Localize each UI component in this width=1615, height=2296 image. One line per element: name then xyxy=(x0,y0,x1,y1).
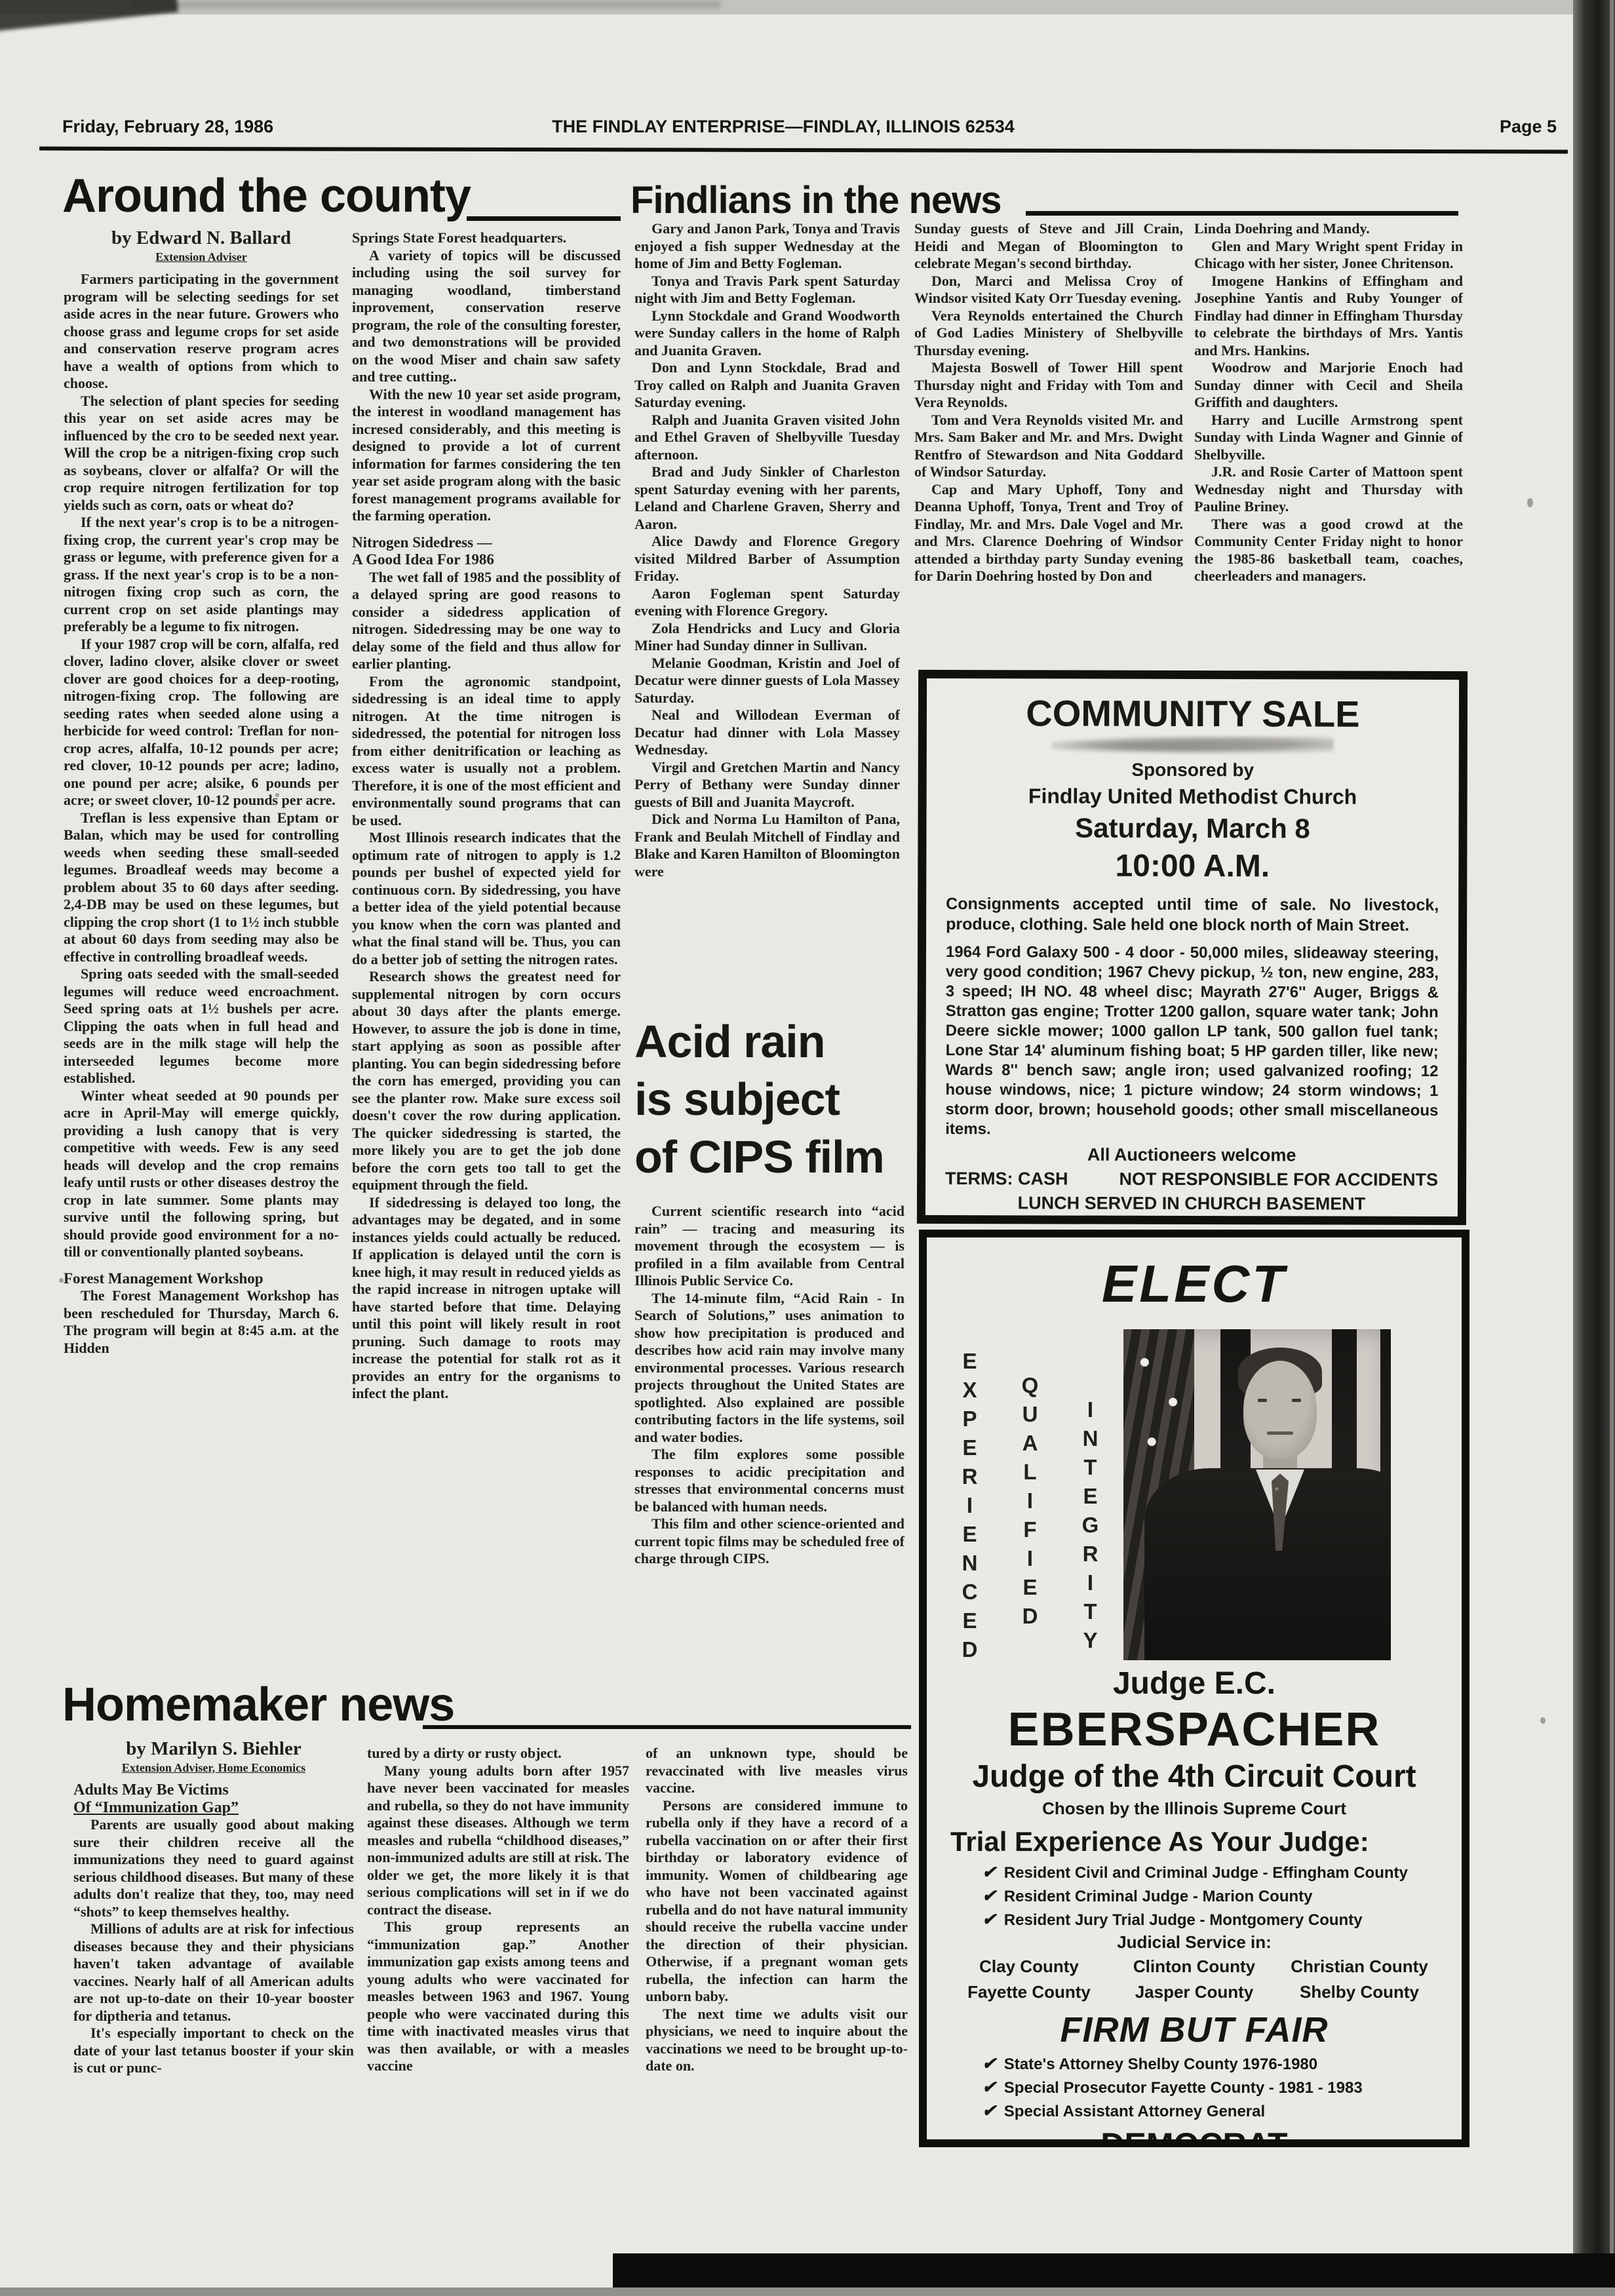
findlians-headline: Findlians in the news xyxy=(631,178,1002,222)
acid-rain-headline: Acid rain is subject of CIPS film xyxy=(634,1013,905,1186)
scan-right-edge xyxy=(1573,0,1615,2296)
article-paragraph: Aaron Fogleman spent Saturday evening wi… xyxy=(634,585,900,620)
campaign-slogan: FIRM BUT FAIR xyxy=(927,2012,1462,2049)
scan-corner-mark xyxy=(0,0,178,33)
article-paragraph: Current scientific research into “acid r… xyxy=(634,1203,905,1290)
article-paragraph: There was a good crowd at the Community … xyxy=(1194,516,1463,585)
trial-experience-list: ✔Resident Civil and Criminal Judge - Eff… xyxy=(982,1863,1462,1930)
acid-headline-line-1: Acid rain xyxy=(634,1013,905,1070)
check-icon: ✔ xyxy=(982,2101,996,2120)
article-paragraph: Treflan is less expensive than Eptam or … xyxy=(64,809,339,966)
ad-header: ELECT EXPERIENCED QUALIFIED INTEGRITY xyxy=(927,1254,1462,1664)
article-paragraph: If sidedressing is delayed too long, the… xyxy=(352,1194,621,1403)
article-paragraph: of an unknown type, should be revaccinat… xyxy=(646,1745,908,1797)
around-column-1: by Edward N. Ballard Extension Adviser F… xyxy=(64,229,339,1652)
homemaker-column-3: of an unknown type, should be revaccinat… xyxy=(646,1745,908,2269)
homemaker-column-1: by Marilyn S. Biehler Extension Adviser,… xyxy=(73,1740,354,2271)
ink-smudge xyxy=(1052,735,1334,756)
county-grid: Clay County Clinton County Christian Cou… xyxy=(946,1956,1442,2002)
check-item: ✔Special Assistant Attorney General xyxy=(982,2101,1462,2121)
county-cell: Clay County xyxy=(946,1956,1112,1977)
article-paragraph: Harry and Lucille Armstrong spent Sunday… xyxy=(1194,412,1463,464)
article-paragraph: Alice Dawdy and Florence Gregory visited… xyxy=(634,533,900,585)
article-paragraph: From the agronomic standpoint, sidedress… xyxy=(352,673,621,830)
around-column-2-text: Springs State Forest headquarters.A vari… xyxy=(352,229,621,1403)
article-paragraph: It's especially important to check on th… xyxy=(73,2025,354,2077)
chosen-note: Chosen by the Illinois Supreme Court xyxy=(927,1800,1462,1818)
judge-name-prefix: Judge E.C. xyxy=(927,1667,1462,1700)
article-paragraph: This group represents an “immunization g… xyxy=(367,1918,629,2075)
homemaker-column-1-text: Parents are usually good about making su… xyxy=(73,1816,354,2077)
findlians-headline-rule xyxy=(1026,211,1458,216)
party-label: DEMOCRAT xyxy=(927,2128,1462,2147)
acid-headline-line-3: of CIPS film xyxy=(634,1128,905,1186)
experienced-vertical-label: EXPERIENCED xyxy=(957,1349,982,1666)
sale-disclaimer: NOT RESPONSIBLE FOR ACCIDENTS xyxy=(1119,1169,1439,1190)
check-icon: ✔ xyxy=(982,1862,996,1882)
record-list: ✔State's Attorney Shelby County 1976-198… xyxy=(982,2054,1462,2121)
county-cell: Shelby County xyxy=(1277,1982,1442,2002)
around-byline: by Edward N. Ballard xyxy=(64,229,339,247)
article-paragraph: With the new 10 year set aside program, … xyxy=(352,386,621,525)
article-paragraph: Dick and Norma Lu Hamilton of Pana, Fran… xyxy=(634,811,900,880)
homemaker-headline: Homemaker news xyxy=(62,1678,454,1732)
article-paragraph: Glen and Mary Wright spent Friday in Chi… xyxy=(1194,238,1463,273)
article-paragraph: Neal and Willodean Everman of Decatur ha… xyxy=(634,707,900,759)
qualified-vertical-label: QUALIFIED xyxy=(1017,1373,1042,1633)
sale-items-text: 1964 Ford Galaxy 500 - 4 door - 50,000 m… xyxy=(945,943,1439,1140)
article-paragraph: If the next year's crop is to be a nitro… xyxy=(64,514,339,636)
check-icon: ✔ xyxy=(982,1909,996,1929)
county-cell: Fayette County xyxy=(946,1982,1112,2002)
article-paragraph: Research shows the greatest need for sup… xyxy=(352,968,621,1194)
article-paragraph: Woodrow and Marjorie Enoch had Sunday di… xyxy=(1194,359,1463,412)
homemaker-headline-rule xyxy=(423,1725,911,1729)
around-column-1-text: Farmers participating in the government … xyxy=(64,271,339,1357)
homemaker-column-2-text: tured by a dirty or rusty object.Many yo… xyxy=(367,1745,629,2075)
sale-date: Saturday, March 8 xyxy=(946,812,1439,845)
check-item: ✔Resident Civil and Criminal Judge - Eff… xyxy=(982,1863,1462,1882)
findlians-column-1-text: Gary and Janon Park, Tonya and Travis en… xyxy=(634,220,900,880)
article-paragraph: Winter wheat seeded at 90 pounds per acr… xyxy=(64,1087,339,1261)
findlians-column-1: Gary and Janon Park, Tonya and Travis en… xyxy=(634,220,900,1000)
masthead-rule xyxy=(39,147,1568,154)
community-sale-ad: COMMUNITY SALE Sponsored by Findlay Unit… xyxy=(917,670,1468,1225)
article-paragraph: Lynn Stockdale and Grand Woodworth were … xyxy=(634,307,900,360)
article-paragraph: Don, Marci and Melissa Croy of Windsor v… xyxy=(914,273,1183,307)
article-paragraph: Melanie Goodman, Kristin and Joel of Dec… xyxy=(634,655,900,707)
article-paragraph: Imogene Hankins of Effingham and Josephi… xyxy=(1194,273,1463,360)
around-column-2: Springs State Forest headquarters.A vari… xyxy=(352,229,621,1652)
acid-rain-article: Acid rain is subject of CIPS film Curren… xyxy=(634,1013,905,1707)
acid-headline-line-2: is subject xyxy=(634,1070,905,1128)
article-paragraph: The wet fall of 1985 and the possiblity … xyxy=(352,569,621,673)
elect-label: ELECT xyxy=(927,1254,1462,1314)
masthead-page-number: Page 5 xyxy=(1500,117,1557,137)
article-paragraph: The film explores some possible response… xyxy=(634,1446,905,1515)
scan-smear xyxy=(131,1,721,8)
check-icon: ✔ xyxy=(982,2053,996,2073)
findlians-column-2: Sunday guests of Steve and Jill Crain, H… xyxy=(914,220,1183,672)
article-paragraph: If your 1987 crop will be corn, alfalfa,… xyxy=(64,636,339,809)
article-paragraph: Most Illinois research indicates that th… xyxy=(352,829,621,968)
column-subhead: A Good Idea For 1986 xyxy=(352,551,621,569)
integrity-vertical-label: INTEGRITY xyxy=(1078,1397,1102,1657)
article-paragraph: Tom and Vera Reynolds visited Mr. and Mr… xyxy=(914,412,1183,481)
trial-experience-heading: Trial Experience As Your Judge: xyxy=(950,1826,1462,1858)
findlians-column-3: Linda Doehring and Mandy.Glen and Mary W… xyxy=(1194,220,1463,672)
ink-speck xyxy=(1527,498,1533,507)
county-cell: Jasper County xyxy=(1112,1982,1277,2002)
findlians-column-3-text: Linda Doehring and Mandy.Glen and Mary W… xyxy=(1194,220,1463,585)
masthead-title: THE FINDLAY ENTERPRISE—FINDLAY, ILLINOIS… xyxy=(0,117,1566,137)
article-paragraph: This film and other science-oriented and… xyxy=(634,1515,905,1568)
article-paragraph: Springs State Forest headquarters. xyxy=(352,229,621,247)
office-sought: Judge of the 4th Circuit Court xyxy=(927,1761,1462,1793)
article-paragraph: Persons are considered immune to rubella… xyxy=(646,1797,908,2006)
check-item: ✔Resident Jury Trial Judge - Montgomery … xyxy=(982,1910,1462,1930)
article-paragraph: Virgil and Gretchen Martin and Nancy Per… xyxy=(634,759,900,811)
around-headline-rule xyxy=(467,216,621,221)
around-byline-title: Extension Adviser xyxy=(64,248,339,266)
article-paragraph: Cap and Mary Uphoff, Tony and Deanna Uph… xyxy=(914,481,1183,585)
judicial-service-heading: Judicial Service in: xyxy=(927,1934,1462,1951)
article-paragraph: Don and Lynn Stockdale, Brad and Troy ca… xyxy=(634,359,900,412)
newspaper-page: Friday, February 28, 1986 THE FINDLAY EN… xyxy=(0,0,1615,2296)
article-paragraph: Vera Reynolds entertained the Church of … xyxy=(914,307,1183,360)
article-paragraph: Farmers participating in the government … xyxy=(64,271,339,393)
article-paragraph: The selection of plant species for seedi… xyxy=(64,393,339,515)
sale-auctioneers-note: All Auctioneers welcome xyxy=(945,1144,1438,1166)
article-paragraph: Majesta Boswell of Tower Hill spent Thur… xyxy=(914,359,1183,412)
homemaker-column-2: tured by a dirty or rusty object.Many yo… xyxy=(367,1745,629,2269)
article-paragraph: The 14-minute film, “Acid Rain - In Sear… xyxy=(634,1290,905,1447)
article-paragraph: J.R. and Rosie Carter of Mattoon spent W… xyxy=(1194,463,1463,516)
article-paragraph: Linda Doehring and Mandy. xyxy=(1194,220,1463,238)
article-paragraph: Many young adults born after 1957 have n… xyxy=(367,1762,629,1919)
homemaker-column-3-text: of an unknown type, should be revaccinat… xyxy=(646,1745,908,2075)
eberspacher-campaign-ad: ELECT EXPERIENCED QUALIFIED INTEGRITY Ju… xyxy=(919,1230,1469,2147)
homemaker-subhead-line-2: Of “Immunization Gap” xyxy=(73,1799,354,1817)
article-paragraph: Ralph and Juanita Graven visited John an… xyxy=(634,412,900,464)
article-paragraph: Tonya and Travis Park spent Saturday nig… xyxy=(634,273,900,307)
candidate-surname: EBERSPACHER xyxy=(927,1705,1462,1755)
article-paragraph: Millions of adults are at risk for infec… xyxy=(73,1920,354,2025)
scan-bottom-edge xyxy=(0,2287,1615,2296)
article-paragraph: A variety of topics will be discussed in… xyxy=(352,247,621,386)
check-icon: ✔ xyxy=(982,1886,996,1905)
article-paragraph: Gary and Janon Park, Tonya and Travis en… xyxy=(634,220,900,273)
article-paragraph: Sunday guests of Steve and Jill Crain, H… xyxy=(914,220,1183,273)
acid-rain-text: Current scientific research into “acid r… xyxy=(634,1203,905,1568)
article-paragraph: Spring oats seeded with the small-seeded… xyxy=(64,965,339,1087)
sale-church-name: Findlay United Methodist Church xyxy=(946,784,1439,809)
check-item: ✔Special Prosecutor Fayette County - 198… xyxy=(982,2078,1462,2097)
judge-face xyxy=(1243,1361,1317,1459)
sale-consignments-text: Consignments accepted until time of sale… xyxy=(946,894,1439,936)
homemaker-byline-title: Extension Adviser, Home Economics xyxy=(73,1759,354,1777)
sale-lunch-note: LUNCH SERVED IN CHURCH BASEMENT xyxy=(945,1193,1438,1215)
around-the-county-headline: Around the county xyxy=(62,169,471,223)
article-paragraph: Zola Hendricks and Lucy and Gloria Miner… xyxy=(634,620,900,655)
findlians-column-2-text: Sunday guests of Steve and Jill Crain, H… xyxy=(914,220,1183,585)
sale-time: 10:00 A.M. xyxy=(946,847,1439,885)
check-icon: ✔ xyxy=(982,2077,996,2097)
judge-photo xyxy=(1123,1329,1391,1660)
county-cell: Christian County xyxy=(1277,1956,1442,1977)
homemaker-subhead-line-1: Adults May Be Victims xyxy=(73,1781,354,1799)
article-paragraph: The next time we adults visit our physic… xyxy=(646,2006,908,2075)
column-subhead: Forest Management Workshop xyxy=(64,1270,339,1288)
article-paragraph: Brad and Judy Sinkler of Charleston spen… xyxy=(634,463,900,533)
article-paragraph: tured by a dirty or rusty object. xyxy=(367,1745,629,1762)
check-item: ✔State's Attorney Shelby County 1976-198… xyxy=(982,2054,1462,2074)
ink-speck xyxy=(59,1278,64,1283)
homemaker-byline: by Marilyn S. Biehler xyxy=(73,1740,354,1758)
article-paragraph: Parents are usually good about making su… xyxy=(73,1816,354,1920)
article-paragraph: The Forest Management Workshop has been … xyxy=(64,1287,339,1357)
ink-speck xyxy=(1540,1717,1546,1724)
sale-sponsored-label: Sponsored by xyxy=(946,759,1439,781)
county-cell: Clinton County xyxy=(1112,1956,1277,1977)
sale-terms: TERMS: CASH xyxy=(945,1169,1068,1189)
column-subhead: Nitrogen Sidedress — xyxy=(352,534,621,552)
check-item: ✔Resident Criminal Judge - Marion County xyxy=(982,1886,1462,1906)
sale-title: COMMUNITY SALE xyxy=(946,691,1439,735)
